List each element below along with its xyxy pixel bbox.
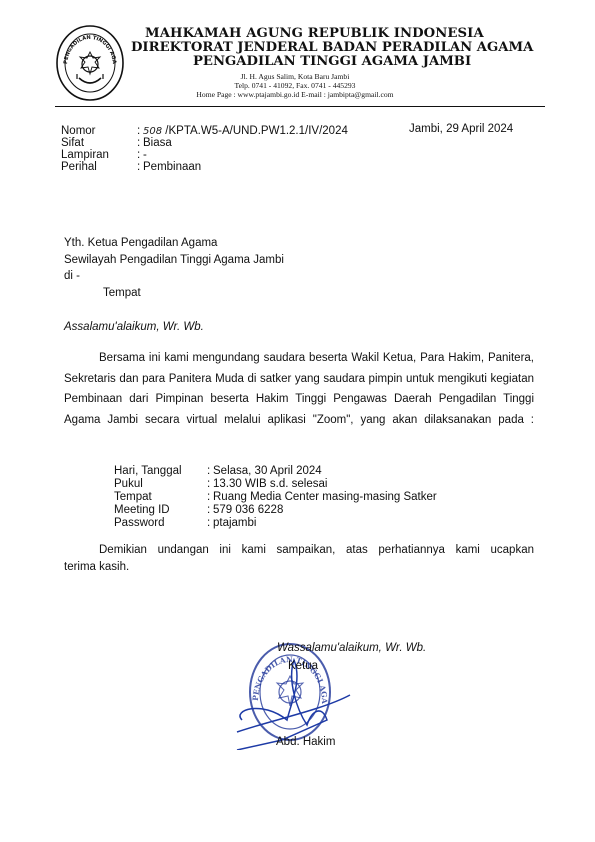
detail-colon: :: [207, 465, 210, 478]
detail-colon: :: [207, 504, 210, 517]
detail-value: ptajambi: [213, 517, 256, 530]
greeting: Assalamu'alaikum, Wr. Wb.: [64, 321, 204, 333]
lampiran-label: Lampiran: [61, 149, 109, 162]
detail-colon: :: [207, 517, 210, 530]
signer-name: Abd. Hakim: [276, 736, 335, 748]
detail-label: Pukul: [114, 478, 143, 491]
nomor-colon: :: [137, 125, 140, 138]
addressee-line-2: Sewilayah Pengadilan Tinggi Agama Jambi: [64, 254, 284, 266]
detail-colon: :: [207, 491, 210, 504]
detail-value: Selasa, 30 April 2024: [213, 465, 322, 478]
perihal-label: Perihal: [61, 161, 97, 174]
addressee-line-1: Yth. Ketua Pengadilan Agama: [64, 237, 217, 249]
addressee-line-3: di -: [64, 270, 80, 282]
nomor-label: Nomor: [61, 125, 96, 138]
letterhead-line-2: DIREKTORAT JENDERAL BADAN PERADILAN AGAM…: [131, 40, 533, 55]
detail-value: Ruang Media Center masing-masing Satker: [213, 491, 437, 504]
detail-label: Meeting ID: [114, 504, 170, 517]
letterhead-phone: Telp. 0741 - 41092, Fax. 0741 - 445293: [150, 81, 440, 90]
detail-label: Password: [114, 517, 165, 530]
detail-value: 13.30 WIB s.d. selesai: [213, 478, 327, 491]
letterhead-address: Jl. H. Agus Salim, Kota Baru Jambi: [150, 72, 440, 81]
detail-label: Tempat: [114, 491, 152, 504]
sifat-label: Sifat: [61, 137, 84, 150]
place-date: Jambi, 29 April 2024: [409, 123, 513, 135]
nomor-value: 508 /KPTA.W5-A/UND.PW1.2.1/IV/2024: [143, 125, 348, 139]
sifat-value: Biasa: [143, 137, 172, 150]
nomor-code: /KPTA.W5-A/UND.PW1.2.1/IV/2024: [165, 125, 348, 137]
detail-value: 579 036 6228: [213, 504, 283, 517]
letterhead-web: Home Page : www.ptajambi.go.id E-mail : …: [150, 90, 440, 99]
signer-title: Ketua: [288, 660, 318, 672]
lampiran-value: -: [143, 149, 147, 162]
lampiran-colon: :: [137, 149, 140, 162]
addressee-line-4: Tempat: [103, 287, 141, 299]
perihal-colon: :: [137, 161, 140, 174]
sifat-colon: :: [137, 137, 140, 150]
letterhead-line-1: MAHKAMAH AGUNG REPUBLIK INDONESIA: [145, 26, 484, 41]
paragraph-invitation: Bersama ini kami mengundang saudara bese…: [64, 348, 534, 451]
official-stamp-icon: PENGADILAN TINGGI AGAMA JAMBI: [232, 640, 352, 750]
letterhead-divider: [55, 106, 545, 107]
perihal-value: Pembinaan: [143, 161, 201, 174]
closing-greeting: Wassalamu'alaikum, Wr. Wb.: [277, 642, 426, 654]
detail-label: Hari, Tanggal: [114, 465, 182, 478]
nomor-handwritten: 508: [143, 126, 162, 137]
paragraph-closing: Demikian undangan ini kami sampaikan, at…: [64, 540, 534, 581]
court-emblem-icon: PENGADILAN TINGGI AGAMA JAMBI: [55, 24, 125, 102]
paragraph-closing-end: terima kasih.: [64, 561, 129, 573]
detail-colon: :: [207, 478, 210, 491]
letterhead-line-3: PENGADILAN TINGGI AGAMA JAMBI: [193, 54, 471, 69]
